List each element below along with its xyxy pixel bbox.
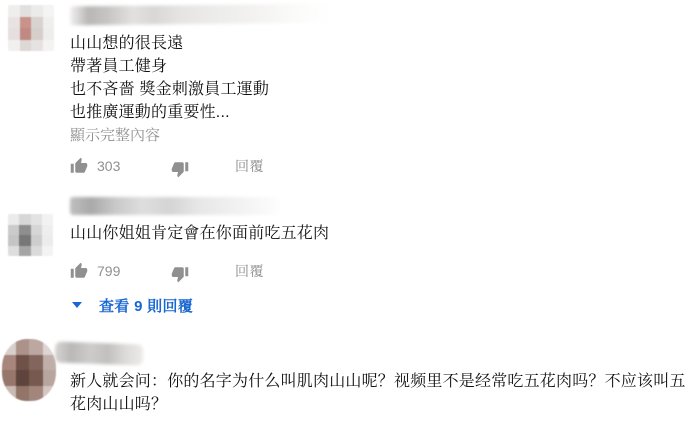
comment-text-line: 山山你姐姐肯定會在你面前吃五花肉 bbox=[70, 222, 695, 245]
view-replies-label: 查看 9 則回覆 bbox=[99, 295, 193, 316]
like-count: 799 bbox=[97, 263, 131, 279]
like-count: 303 bbox=[97, 158, 131, 174]
comment-actions: 799 回覆 bbox=[70, 261, 695, 281]
comment-actions: 303 回覆 bbox=[70, 156, 695, 176]
thumb-up-icon bbox=[70, 262, 88, 280]
view-replies-button[interactable]: 查看 9 則回覆 bbox=[70, 296, 695, 314]
comment-text-line: 帶著員工健身 bbox=[70, 55, 695, 78]
avatar[interactable] bbox=[8, 214, 53, 256]
reply-button[interactable]: 回覆 bbox=[235, 156, 264, 176]
thumb-down-icon bbox=[171, 265, 189, 283]
comment-text-line: 新人就会问：你的名字为什么叫肌肉山山呢？视频里不是经常吃五花肉吗？不应该叫五花肉… bbox=[70, 370, 695, 416]
comments-section: 山山想的很長遠 帶著員工健身 也不吝嗇 獎金刺激員工運動 也推廣運動的重要性..… bbox=[0, 0, 700, 426]
comment-text-line: 山山想的很長遠 bbox=[70, 32, 695, 55]
comment-text: 山山想的很長遠 帶著員工健身 也不吝嗇 獎金刺激員工運動 也推廣運動的重要性..… bbox=[70, 5, 695, 124]
show-more-button[interactable]: 顯示完整內容 bbox=[70, 124, 695, 147]
avatar[interactable] bbox=[2, 339, 56, 401]
dislike-button[interactable] bbox=[171, 265, 189, 283]
like-button[interactable] bbox=[70, 157, 88, 175]
thumb-up-icon bbox=[70, 157, 88, 175]
thumb-down-icon bbox=[171, 160, 189, 178]
triangle-down-icon bbox=[72, 302, 82, 308]
like-button[interactable] bbox=[70, 262, 88, 280]
comment-text-line: 也不吝嗇 獎金刺激員工運動 bbox=[70, 78, 695, 101]
comment-text-line: 也推廣運動的重要性... bbox=[70, 101, 695, 124]
reply-button[interactable]: 回覆 bbox=[235, 261, 264, 281]
avatar[interactable] bbox=[8, 5, 54, 51]
dislike-button[interactable] bbox=[171, 160, 189, 178]
comment-text: 山山你姐姐肯定會在你面前吃五花肉 bbox=[70, 197, 695, 245]
comment-text: 新人就会问：你的名字为什么叫肌肉山山呢？视频里不是经常吃五花肉吗？不应该叫五花肉… bbox=[70, 337, 695, 416]
